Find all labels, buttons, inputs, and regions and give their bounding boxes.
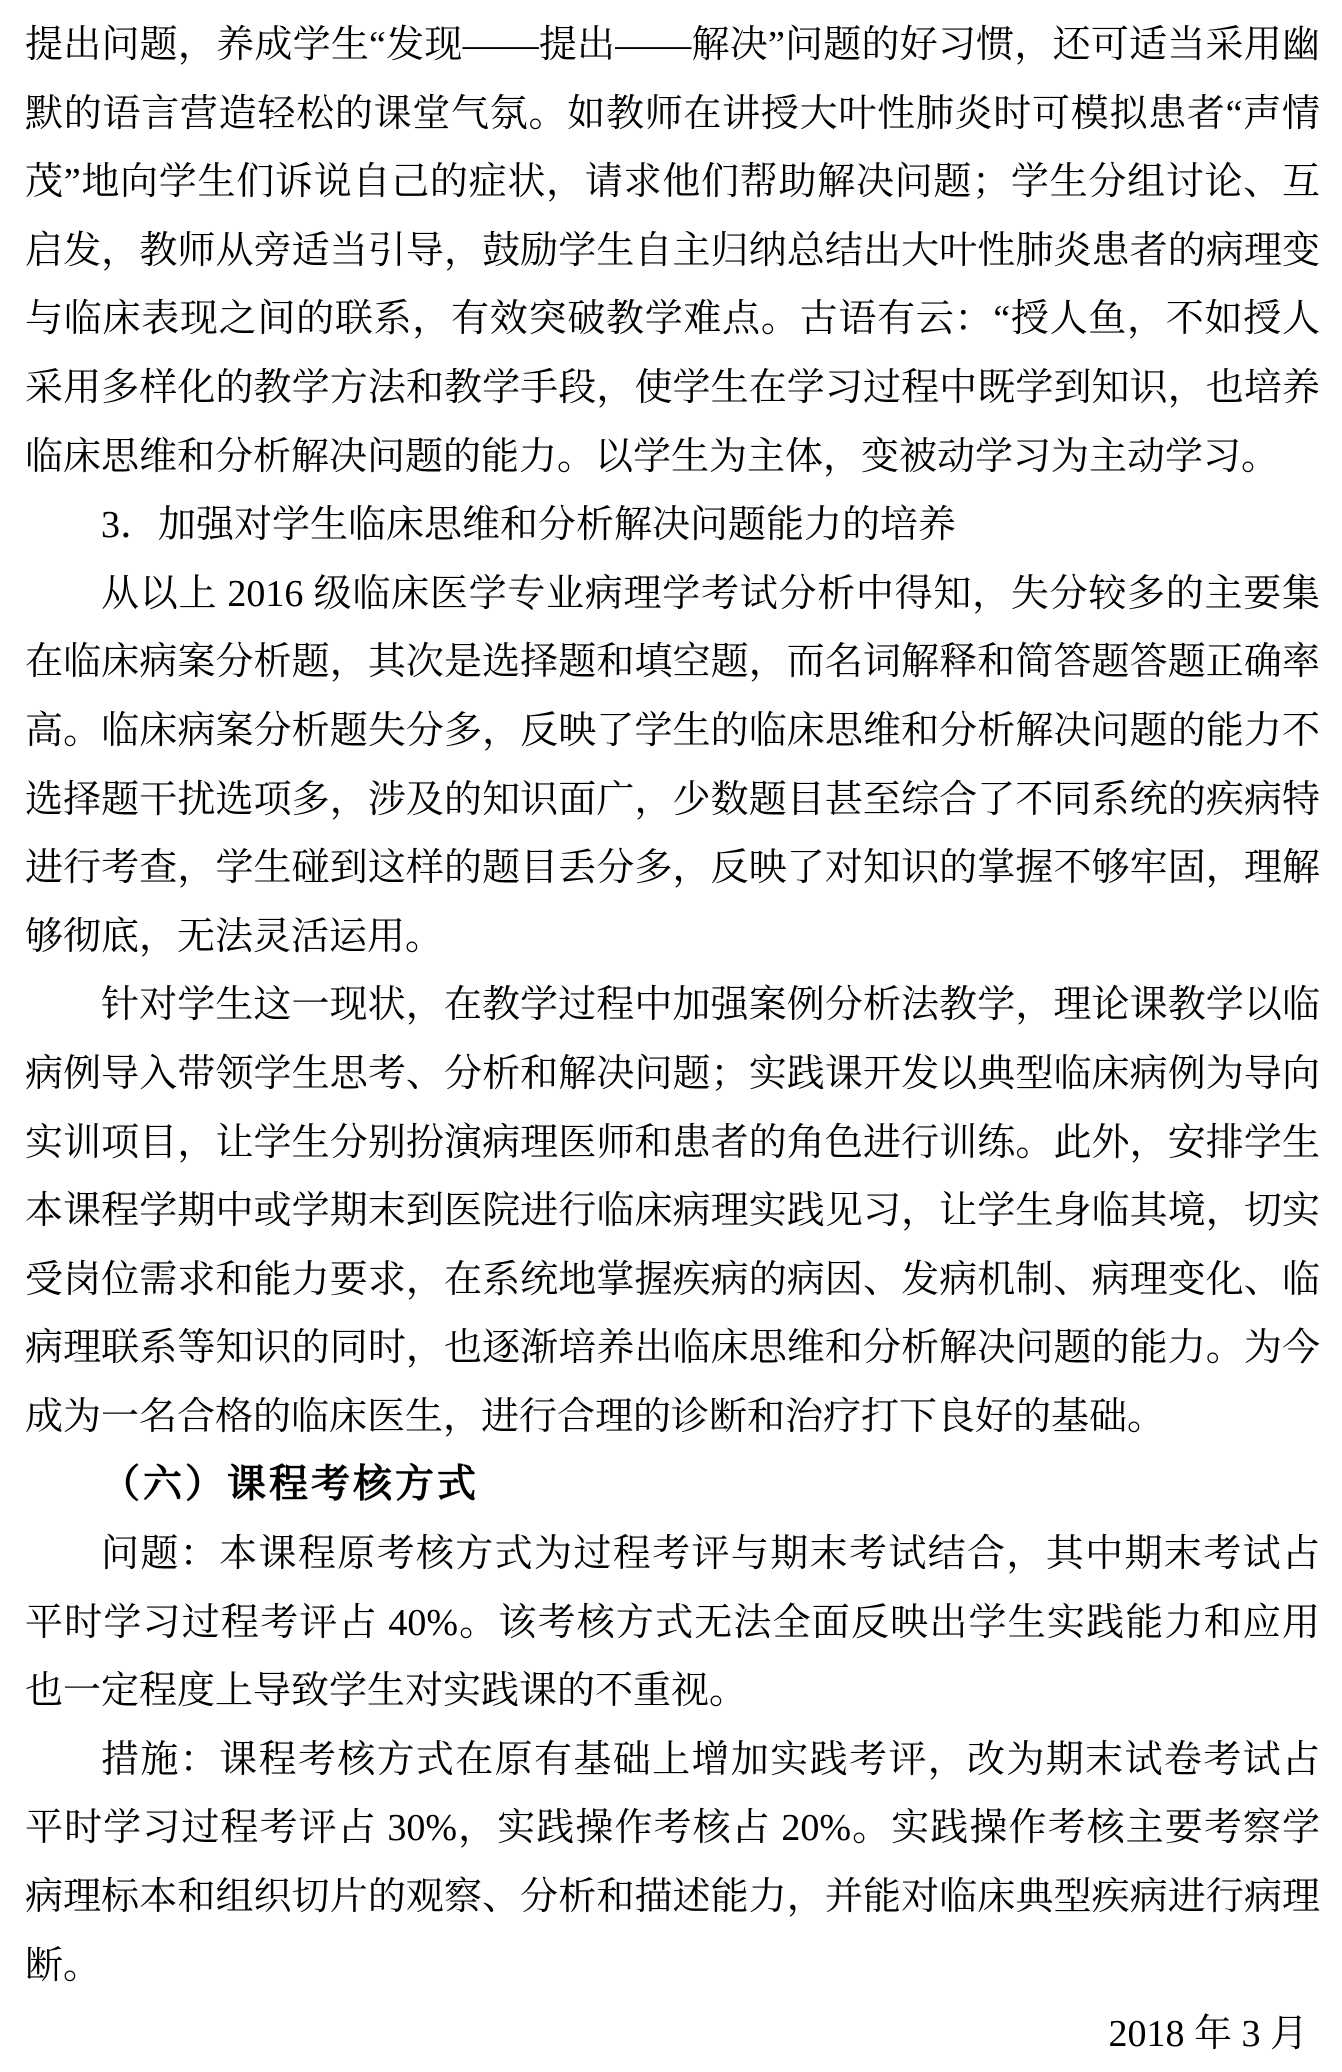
paragraph-line: 本课程学期中或学期末到医院进行临床病理实践见习，让学生身临其境，切实感 — [25, 1177, 1320, 1246]
paragraph-line: 平时学习过程考评占 30%，实践操作考核占 20%。实践操作考核主要考察学生对 — [25, 1794, 1320, 1863]
paragraph-line: 措施：课程考核方式在原有基础上增加实践考评，改为期末试卷考试占 50%， — [25, 1726, 1320, 1795]
paragraph-line: 在临床病案分析题，其次是选择题和填空题，而名词解释和简答题答题正确率较 — [25, 628, 1320, 697]
paragraph-line: 平时学习过程考评占 40%。该考核方式无法全面反映出学生实践能力和应用水平， — [25, 1589, 1320, 1658]
paragraph-line: 病理联系等知识的同时，也逐渐培养出临床思维和分析解决问题的能力。为今后 — [25, 1314, 1320, 1383]
paragraph-line: 临床思维和分析解决问题的能力。以学生为主体，变被动学习为主动学习。 — [25, 423, 1320, 492]
section-heading-line: （六）课程考核方式 — [25, 1451, 1320, 1520]
paragraph-line: 采用多样化的教学方法和教学手段，使学生在学习过程中既学到知识，也培养了 — [25, 354, 1320, 423]
paragraph-line: 也一定程度上导致学生对实践课的不重视。 — [25, 1657, 1320, 1726]
paragraph-line: 成为一名合格的临床医生，进行合理的诊断和治疗打下良好的基础。 — [25, 1383, 1320, 1452]
date-line: 2018 年 3 月 — [25, 2000, 1320, 2069]
paragraph-line: 断。 — [25, 1932, 1320, 2001]
paragraph-line: 从以上 2016 级临床医学专业病理学考试分析中得知，失分较多的主要集中 — [25, 560, 1320, 629]
paragraph-line: 实训项目，让学生分别扮演病理医师和患者的角色进行训练。此外，安排学生在 — [25, 1109, 1320, 1178]
paragraph-line: 够彻底，无法灵活运用。 — [25, 903, 1320, 972]
paragraph-line: 选择题干扰选项多，涉及的知识面广，少数题目甚至综合了不同系统的疾病特点 — [25, 766, 1320, 835]
paragraph-line: 针对学生这一现状，在教学过程中加强案例分析法教学，理论课教学以临床 — [25, 971, 1320, 1040]
paragraph-line: 提出问题，养成学生“发现——提出——解决”问题的好习惯，还可适当采用幽 — [25, 11, 1320, 80]
paragraph-line: 病例导入带领学生思考、分析和解决问题；实践课开发以典型临床病例为导向的 — [25, 1040, 1320, 1109]
paragraph-line: 茂”地向学生们诉说自己的症状，请求他们帮助解决问题；学生分组讨论、互相 — [25, 148, 1320, 217]
paragraph-line: 受岗位需求和能力要求，在系统地掌握疾病的病因、发病机制、病理变化、临床 — [25, 1246, 1320, 1315]
paragraph-line: 问题：本课程原考核方式为过程考评与期末考试结合，其中期末考试占 60%， — [25, 1520, 1320, 1589]
paragraph-line: 高。临床病案分析题失分多，反映了学生的临床思维和分析解决问题的能力不足。 — [25, 697, 1320, 766]
paragraph-line: 与临床表现之间的联系，有效突破教学难点。古语有云：“授人鱼，不如授人渔”， — [25, 285, 1320, 354]
numbered-item-line: 3．加强对学生临床思维和分析解决问题能力的培养 — [25, 491, 1320, 560]
document-page: 提出问题，养成学生“发现——提出——解决”问题的好习惯，还可适当采用幽 默的语言… — [0, 0, 1342, 2072]
paragraph-line: 启发，教师从旁适当引导，鼓励学生自主归纳总结出大叶性肺炎患者的病理变化 — [25, 217, 1320, 286]
paragraph-line: 默的语言营造轻松的课堂气氛。如教师在讲授大叶性肺炎时可模拟患者“声情并 — [25, 80, 1320, 149]
paragraph-line: 进行考查，学生碰到这样的题目丢分多，反映了对知识的掌握不够牢固，理解不 — [25, 834, 1320, 903]
paragraph-line: 病理标本和组织切片的观察、分析和描述能力，并能对临床典型疾病进行病理诊 — [25, 1863, 1320, 1932]
